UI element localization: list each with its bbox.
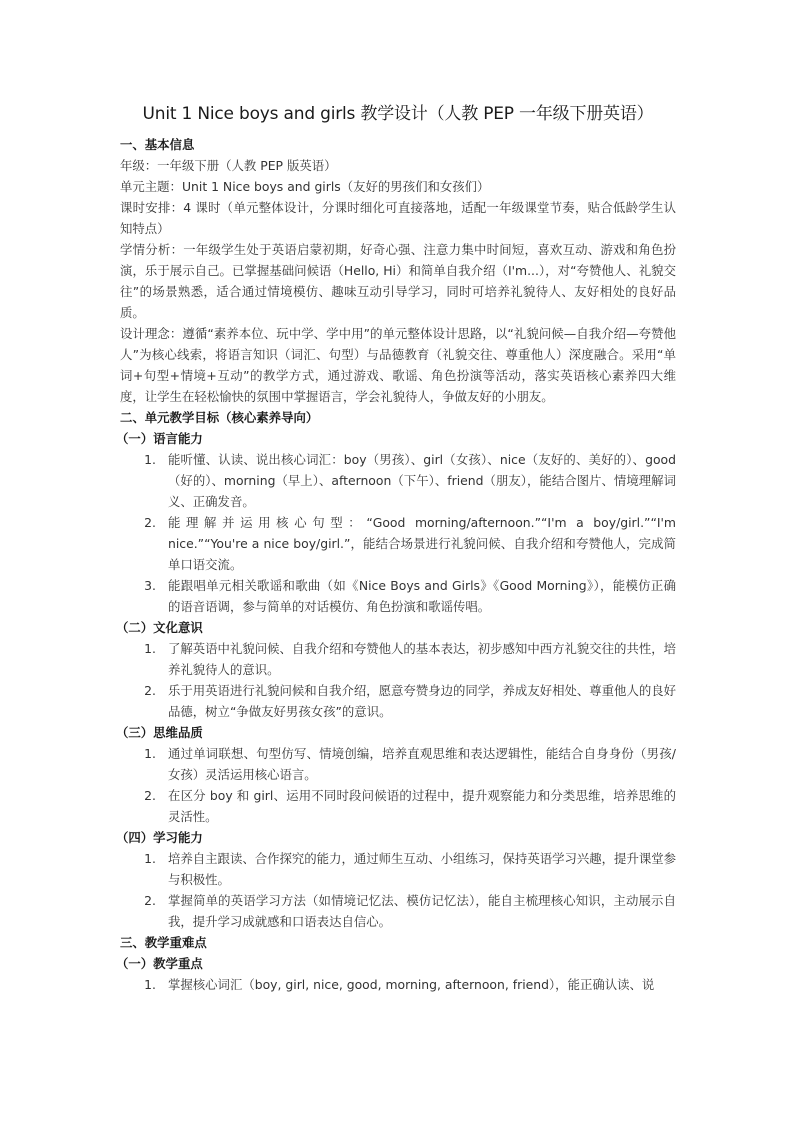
- list-number: 2.: [120, 512, 168, 575]
- list-number: 3.: [120, 575, 168, 617]
- list-number: 1.: [120, 743, 168, 785]
- subheading-key-focus: （一）教学重点: [116, 953, 676, 974]
- list-item: 1. 掌握核心词汇（boy, girl, nice, good, morning…: [120, 974, 676, 995]
- list-item: 2. 乐于用英语进行礼貌问候和自我介绍，愿意夸赞身边的同学，养成友好相处、尊重他…: [120, 680, 676, 722]
- list-number: 2.: [120, 680, 168, 722]
- list-text: 通过单词联想、句型仿写、情境创编，培养直观思维和表达逻辑性，能结合自身身份（男孩…: [168, 743, 676, 785]
- list-text: 乐于用英语进行礼貌问候和自我介绍，愿意夸赞身边的同学，养成友好相处、尊重他人的良…: [168, 680, 676, 722]
- subheading-culture: （二）文化意识: [116, 617, 676, 638]
- list-item: 2. 在区分 boy 和 girl、运用不同时段问候语的过程中，提升观察能力和分…: [120, 785, 676, 827]
- list-item: 3. 能跟唱单元相关歌谣和歌曲（如《Nice Boys and Girls》《G…: [120, 575, 676, 617]
- section-heading-keypoints: 三、教学重难点: [120, 932, 676, 953]
- list-number: 1.: [120, 974, 168, 995]
- theme-line: 单元主题：Unit 1 Nice boys and girls（友好的男孩们和女…: [120, 176, 676, 197]
- list-number: 1.: [120, 638, 168, 680]
- list-item: 1. 了解英语中礼貌问候、自我介绍和夸赞他人的基本表达，初步感知中西方礼貌交往的…: [120, 638, 676, 680]
- list-number: 2.: [120, 890, 168, 932]
- list-number: 1.: [120, 449, 168, 512]
- list-item: 1. 培养自主跟读、合作探究的能力，通过师生互动、小组练习，保持英语学习兴趣，提…: [120, 848, 676, 890]
- list-item: 2. 掌握简单的英语学习方法（如情境记忆法、模仿记忆法），能自主梳理核心知识，主…: [120, 890, 676, 932]
- list-number: 1.: [120, 848, 168, 890]
- subheading-language: （一）语言能力: [116, 428, 676, 449]
- schedule-paragraph: 课时安排：4 课时（单元整体设计，分课时细化可直接落地，适配一年级课堂节奏，贴合…: [120, 197, 676, 239]
- list-number: 2.: [120, 785, 168, 827]
- list-text: 了解英语中礼貌问候、自我介绍和夸赞他人的基本表达，初步感知中西方礼貌交往的共性，…: [168, 638, 676, 680]
- section-heading-goals: 二、单元教学目标（核心素养导向）: [120, 407, 676, 428]
- list-text: 掌握简单的英语学习方法（如情境记忆法、模仿记忆法），能自主梳理核心知识，主动展示…: [168, 890, 676, 932]
- list-item: 1. 通过单词联想、句型仿写、情境创编，培养直观思维和表达逻辑性，能结合自身身份…: [120, 743, 676, 785]
- analysis-paragraph: 学情分析：一年级学生处于英语启蒙初期，好奇心强、注意力集中时间短，喜欢互动、游戏…: [120, 239, 676, 323]
- list-text: 在区分 boy 和 girl、运用不同时段问候语的过程中，提升观察能力和分类思维…: [168, 785, 676, 827]
- list-item: 1. 能听懂、认读、说出核心词汇：boy（男孩）、girl（女孩）、nice（友…: [120, 449, 676, 512]
- concept-paragraph: 设计理念：遵循“素养本位、玩中学、学中用”的单元整体设计思路，以“礼貌问候—自我…: [120, 323, 676, 407]
- section-heading-basic-info: 一、基本信息: [120, 134, 676, 155]
- subheading-learning: （四）学习能力: [116, 827, 676, 848]
- document-title: Unit 1 Nice boys and girls 教学设计（人教 PEP 一…: [112, 100, 684, 128]
- list-item: 2. 能理解并运用核心句型：“Good morning/afternoon.”“…: [120, 512, 676, 575]
- list-text: 掌握核心词汇（boy, girl, nice, good, morning, a…: [168, 974, 676, 995]
- document-page: Unit 1 Nice boys and girls 教学设计（人教 PEP 一…: [120, 100, 676, 995]
- list-text: 能跟唱单元相关歌谣和歌曲（如《Nice Boys and Girls》《Good…: [168, 575, 676, 617]
- list-text: 能听懂、认读、说出核心词汇：boy（男孩）、girl（女孩）、nice（友好的、…: [168, 449, 676, 512]
- grade-line: 年级：一年级下册（人教 PEP 版英语）: [120, 155, 676, 176]
- list-text: 培养自主跟读、合作探究的能力，通过师生互动、小组练习，保持英语学习兴趣，提升课堂…: [168, 848, 676, 890]
- list-text: 能理解并运用核心句型：“Good morning/afternoon.”“I'm…: [168, 512, 676, 575]
- subheading-thinking: （三）思维品质: [116, 722, 676, 743]
